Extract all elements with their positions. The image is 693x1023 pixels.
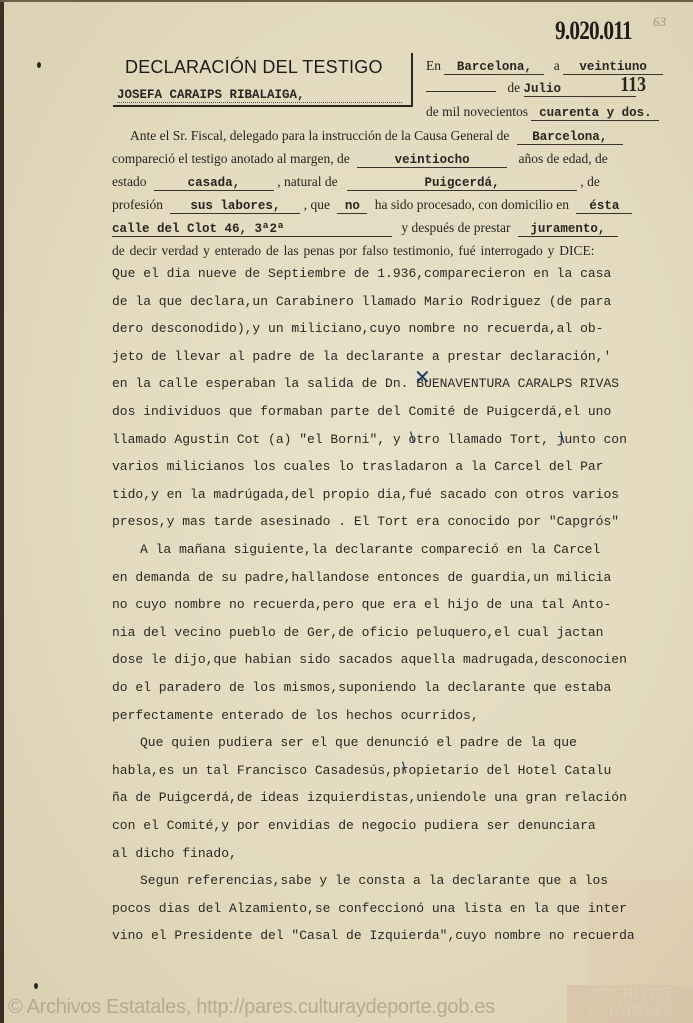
declaration-line: dos individuos que formaban parte del Co… xyxy=(112,404,611,419)
declaration-line: llamado Agustin Cot (a) "el Borni", y ot… xyxy=(112,432,627,447)
year-field: cuarenta y dos. xyxy=(531,106,659,121)
declaration-line: ña de Puigcerdá,de ideas izquierdistas,u… xyxy=(112,790,627,805)
form-text: compareció el testigo anotado al margen,… xyxy=(112,151,350,166)
stamp-line: ESTATALES xyxy=(575,1002,685,1019)
form-text: , natural de xyxy=(277,174,337,189)
form-line-6: de decir verdad y enterado de las penas … xyxy=(112,243,594,259)
declaration-line: tido,y en la madrúgada,del propio dia,fu… xyxy=(112,487,619,502)
form-text: estado xyxy=(112,174,147,189)
processed-field: no xyxy=(337,199,367,214)
declaration-line: dose le dijo,que habian sido sacados aqu… xyxy=(112,652,627,667)
profession-field: sus labores, xyxy=(170,199,300,214)
declaration-line: dero desconodido),y un miliciano,cuyo no… xyxy=(112,321,603,336)
month-field: Julio xyxy=(524,82,636,97)
form-text: ha sido procesado, con domicilio en xyxy=(375,197,569,212)
stamp-text: ARCHIVOS ESTATALES xyxy=(575,985,685,1019)
document-page: 9.020.011 63 DECLARACIÓN DEL TESTIGO JOS… xyxy=(0,0,693,1023)
form-text: Ante el Sr. Fiscal, delegado para la ins… xyxy=(130,128,509,143)
form-title: DECLARACIÓN DEL TESTIGO xyxy=(125,57,383,78)
form-title-box: DECLARACIÓN DEL TESTIGO JOSEFA CARAIPS R… xyxy=(113,53,413,107)
witness-name: JOSEFA CARAIPS RIBALAIGA, xyxy=(117,88,402,103)
page-edge xyxy=(0,0,4,1023)
punch-hole-mark xyxy=(34,983,38,989)
declaration-line: de la que declara,un Carabinero llamado … xyxy=(112,294,611,309)
stamp-line: ARCHIVOS xyxy=(575,985,685,1002)
birthplace-field: Puigcerdá, xyxy=(347,176,577,191)
oath-field: juramento, xyxy=(518,222,618,237)
form-text: , de xyxy=(580,174,600,189)
form-text: , que xyxy=(304,197,330,212)
archive-stamp: ARCHIVOS ESTATALES xyxy=(567,985,693,1023)
declaration-line: Que quien pudiera ser el que denunció el… xyxy=(140,735,577,750)
label-en: En xyxy=(426,58,441,73)
punch-hole-mark xyxy=(37,62,41,68)
blue-x-mark: ✕ xyxy=(414,365,431,390)
city-field: Barcelona, xyxy=(444,60,544,75)
form-text: y después de prestar xyxy=(401,220,510,235)
causa-general-field: Barcelona, xyxy=(517,130,623,145)
declaration-line: perfectamente enterado de los hechos ocu… xyxy=(112,708,479,723)
form-line-4: profesión sus labores, , que no ha sido … xyxy=(112,197,632,214)
declaration-line: presos,y mas tarde asesinado . El Tort e… xyxy=(112,514,619,529)
form-line-1: Ante el Sr. Fiscal, delegado para la ins… xyxy=(130,128,623,145)
marital-status-field: casada, xyxy=(154,176,274,191)
declaration-line: no cuyo nombre no recuerda,pero que era … xyxy=(112,597,611,612)
day-field: veintiuno xyxy=(563,60,663,75)
header-month-line: de Julio xyxy=(426,80,636,97)
declaration-line: varios milicianos los cuales lo traslada… xyxy=(112,459,603,474)
declaration-line: en la calle esperaban la salida de Dn. B… xyxy=(112,376,619,391)
label-de: de xyxy=(507,80,520,95)
copyright-watermark: © Archivos Estatales, http://pares.cultu… xyxy=(8,996,495,1019)
declaration-line: al dicho finado, xyxy=(112,846,237,861)
blue-slash-mark: \ xyxy=(410,430,414,448)
address-field: calle del Clot 46, 3ª2ª xyxy=(112,222,392,237)
declaration-line: Que el dia nueve de Septiembre de 1.936,… xyxy=(112,266,611,281)
form-text: años de edad, de xyxy=(519,151,608,166)
declaration-line: nia del vecino pueblo de Ger,de oficio p… xyxy=(112,625,603,640)
domicile-field: ésta xyxy=(576,199,632,214)
declaration-line: con el Comité,y por envidias de negocio … xyxy=(112,818,596,833)
reference-number: 9.020.011 xyxy=(555,16,632,46)
label-a: a xyxy=(554,58,560,73)
declaration-line: Segun referencias,sabe y le consta a la … xyxy=(140,873,608,888)
page-edge-top xyxy=(0,0,693,2)
declaration-line: vino el Presidente del "Casal de Izquier… xyxy=(112,928,635,943)
pencil-folio-number: 63 xyxy=(653,14,666,30)
declaration-line: en demanda de su padre,hallandose entonc… xyxy=(112,570,611,585)
blue-slash-mark: \ xyxy=(402,760,406,778)
form-line-3: estado casada, , natural de Puigcerdá, ,… xyxy=(112,174,600,191)
form-line-5: calle del Clot 46, 3ª2ª y después de pre… xyxy=(112,220,618,237)
stamp-number: 113 xyxy=(620,72,646,97)
header-year-line: de mil novecientos cuarenta y dos. xyxy=(426,104,659,121)
form-line-2: compareció el testigo anotado al margen,… xyxy=(112,151,608,168)
form-text: profesión xyxy=(112,197,163,212)
year-prefix: de mil novecientos xyxy=(426,104,528,119)
declaration-line: habla,es un tal Francisco Casadesús,prop… xyxy=(112,763,611,778)
blank-field xyxy=(426,91,496,92)
declaration-line: jeto de llevar al padre de la declarante… xyxy=(112,349,611,364)
blue-slash-mark: \ xyxy=(560,430,564,448)
declaration-line: pocos dias del Alzamiento,se confeccionó… xyxy=(112,901,627,916)
declaration-line: A la mañana siguiente,la declarante comp… xyxy=(140,542,600,557)
declaration-line: do el paradero de los mismos,suponiendo … xyxy=(112,680,611,695)
age-field: veintiocho xyxy=(357,153,507,168)
